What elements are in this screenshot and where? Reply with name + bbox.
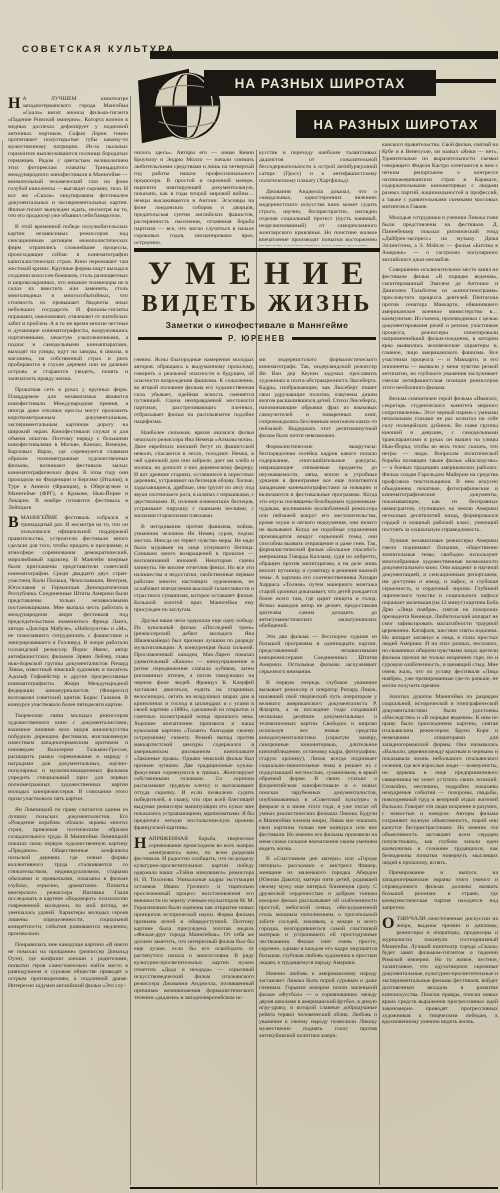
article-paragraph: В первую очередь глубокое уважение вызыв…: [259, 680, 377, 853]
article-paragraph: кусстве и переходу наиболее талантливых …: [259, 150, 377, 185]
article-paragraph: Друзья наши чехи одержали еще одну побед…: [134, 618, 254, 832]
byline: Р. ЮРЕНЕВ: [228, 334, 286, 343]
bottom-rule: [130, 1187, 498, 1189]
drop-cap: В: [8, 515, 21, 529]
banner-rule: [436, 79, 496, 83]
article-title-line1: УМЕНИЕ: [134, 257, 380, 291]
article-paragraph: Формалистические выкрутасы: беспорядочна…: [259, 444, 377, 630]
article-paragraph: Джованни Анджелла доказал, что о скандал…: [259, 189, 377, 246]
byline-rule-left: [138, 337, 222, 340]
article-paragraph: ми модернистского формалистического кине…: [259, 357, 377, 440]
article-paragraph: Творческие связи молодых режиссеров худо…: [8, 713, 128, 803]
article-paragraph: гневно. Ясны благородные намерения молод…: [134, 357, 254, 426]
article-paragraph: чилось здесь». Авторы его — юные Кевин Б…: [134, 150, 254, 246]
title-rule: [134, 248, 380, 252]
page-edge-rule: [2, 140, 3, 1190]
article-paragraph: НА ЛУЧШЕМ кинотеатре западногерманского …: [8, 96, 128, 220]
article-paragraph: Наиболее сильным, ярким оказался фильм ч…: [134, 430, 254, 520]
article-column-3-top: кусстве и переходу наиболее талантливых …: [259, 150, 377, 246]
article-subtitle: Заметки о кинофестивале в Маннгейме: [134, 320, 380, 330]
article-paragraph: Лучшие независимые режиссеры Америки сме…: [382, 538, 498, 690]
banner-title: НА РАЗНЫХ ШИРОТАХ: [204, 70, 436, 96]
article-paragraph: Ян Ломницкий по праву считается одним из…: [8, 807, 128, 938]
drop-cap: Н: [8, 96, 22, 110]
article-title-block: УМЕНИЕ ВИДЕТЬ ЖИЗНЬ Заметки о кинофестив…: [134, 248, 380, 352]
article-column-2: гневно. Ясны благородные намерения молод…: [134, 357, 254, 1185]
article-column-3: ми модернистского формалистического кине…: [259, 357, 377, 1185]
article-paragraph: Прокатная сеть в руках у крупных фирм. П…: [8, 387, 128, 511]
article-paragraph: В «Счастливом дне матери» или «Городе пя…: [259, 856, 377, 967]
article-paragraph: НАПРЯЖЕННАЯ борьба, творческое соревнова…: [134, 836, 254, 1002]
article-column-1: НА ЛУЧШЕМ кинотеатре западногерманского …: [8, 96, 128, 1185]
article-paragraph: канского правительства. Свой фильм, снят…: [382, 142, 498, 211]
article-paragraph: Весьма симпатичен герой фильма «Иванхоэ,…: [382, 396, 498, 534]
byline-rule-right: [292, 337, 376, 340]
section-banner: НА РАЗНЫХ ШИРОТАХ НА РАЗНЫХ ШИРОТАХ: [138, 64, 498, 148]
article-paragraph: Золотых дукатов Маннгейма по разрядам со…: [382, 694, 498, 867]
article-paragraph: Понравилась мне канадская картина «И ник…: [8, 942, 128, 990]
article-column-2-top: чилось здесь». Авторы его — юные Кевин Б…: [134, 150, 254, 246]
article-paragraph: Совершенно исключительное место занял на…: [382, 267, 498, 391]
drop-cap: О: [382, 916, 396, 930]
article-paragraph: Премирование и выпуск на западногерманск…: [382, 870, 498, 911]
drop-cap: Н: [134, 836, 148, 850]
article-paragraph: В негодовании против фашизма, войны, уни…: [134, 524, 254, 614]
article-paragraph: ВМАННГЕЙМЕ фестиваль собрался в тринадца…: [8, 515, 128, 708]
article-paragraph: ОТЗВУЧАЛИ ожесточенные дискуссии на жюри…: [382, 916, 498, 1027]
column-divider-1: [130, 96, 131, 1185]
article-paragraph: Молодые сотрудники и ученики Ликока тоже…: [382, 215, 498, 263]
article-paragraph: Эти два фильма — бесспорно худшие из бол…: [259, 634, 377, 675]
article-paragraph: Именно любовь к американскому народу зас…: [259, 971, 377, 1040]
article-column-4: канского правительства. Свой фильм, снят…: [382, 142, 498, 1185]
banner-title-repeat: НА РАЗНЫХ ШИРОТАХ: [296, 110, 496, 138]
article-title-line2: ВИДЕТЬ ЖИЗНЬ: [134, 291, 380, 317]
byline-row: Р. ЮРЕНЕВ: [134, 334, 380, 343]
newspaper-page: СОВЕТСКАЯ КУЛЬТУРА НА РАЗНЫХ ШИРОТАХ НА …: [0, 0, 500, 1193]
article-paragraph: В этой временной победе полулюбительских…: [8, 224, 128, 383]
masthead-rule: [150, 51, 498, 59]
